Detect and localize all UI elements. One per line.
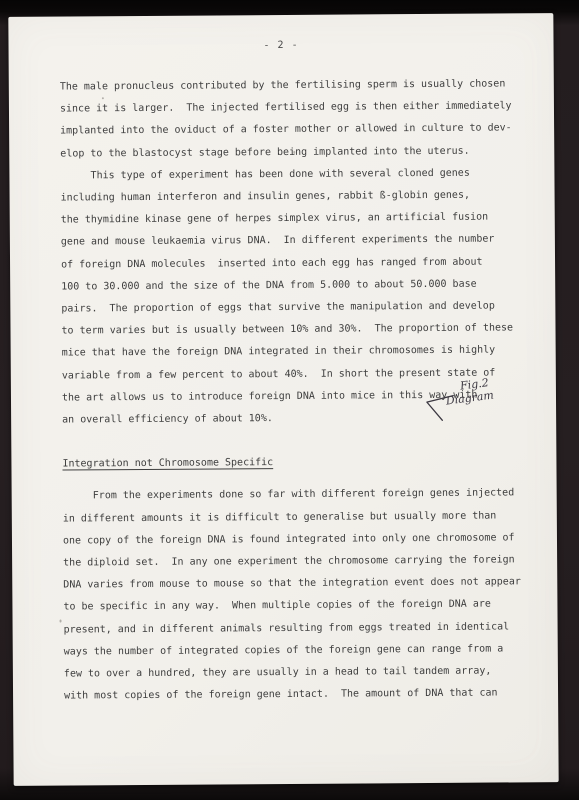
paragraph-3: From the experiments done so far with di… (63, 483, 535, 708)
text-line: since it is larger. The injected fertili… (60, 95, 530, 120)
page-number: - 2 - (8, 38, 553, 53)
text-line: with most copies of the foreign gene int… (64, 683, 534, 708)
text-line: gene and mouse leukaemia virus DNA. In d… (61, 229, 531, 254)
text-line: present, and in different animals result… (64, 616, 534, 641)
text-line: an overall efficiency of about 10%. (62, 406, 532, 431)
text-line: mice that have the foreign DNA integrate… (62, 340, 532, 365)
text-line: to be specific in any way. When multiple… (63, 594, 533, 619)
annotation-insert-mark-icon (423, 388, 461, 424)
text-line: The male pronucleus contributed by the f… (60, 73, 530, 98)
document-page: - 2 - The male pronucleus contributed by… (8, 13, 558, 786)
section-heading: Integration not Chromosome Specific (62, 451, 532, 476)
text-line: pairs. The proportion of eggs that survi… (61, 295, 531, 320)
text-line: elop to the blastocyst stage before bein… (60, 140, 530, 165)
text-line: From the experiments done so far with di… (63, 483, 533, 508)
text-line: of foreign DNA molecules inserted into e… (61, 251, 531, 276)
text-line: implanted into the oviduct of a foster m… (60, 118, 530, 143)
paragraph-1: The male pronucleus contributed by the f… (60, 73, 531, 165)
text-line: 100 to 30.000 and the size of the DNA fr… (61, 273, 531, 298)
text-line: ways the number of integrated copies of … (64, 638, 534, 663)
text-line: including human interferon and insulin g… (61, 184, 531, 209)
text-line: one copy of the foreign DNA is found int… (63, 527, 533, 552)
paper-speck (60, 620, 62, 623)
text-line: This type of experiment has been done wi… (60, 162, 530, 187)
text-line: the thymidine kinase gene of herpes simp… (61, 206, 531, 231)
text-line: the diploid set. In any one experiment t… (63, 549, 533, 574)
text-line: DNA varies from mouse to mouse so that t… (63, 572, 533, 597)
text-line: to term varies but is usually between 10… (61, 318, 531, 343)
text-line: few to over a hundred, they are usually … (64, 660, 534, 685)
scanner-background: - 2 - The male pronucleus contributed by… (0, 0, 579, 800)
text-line: in different amounts it is difficult to … (63, 505, 533, 530)
